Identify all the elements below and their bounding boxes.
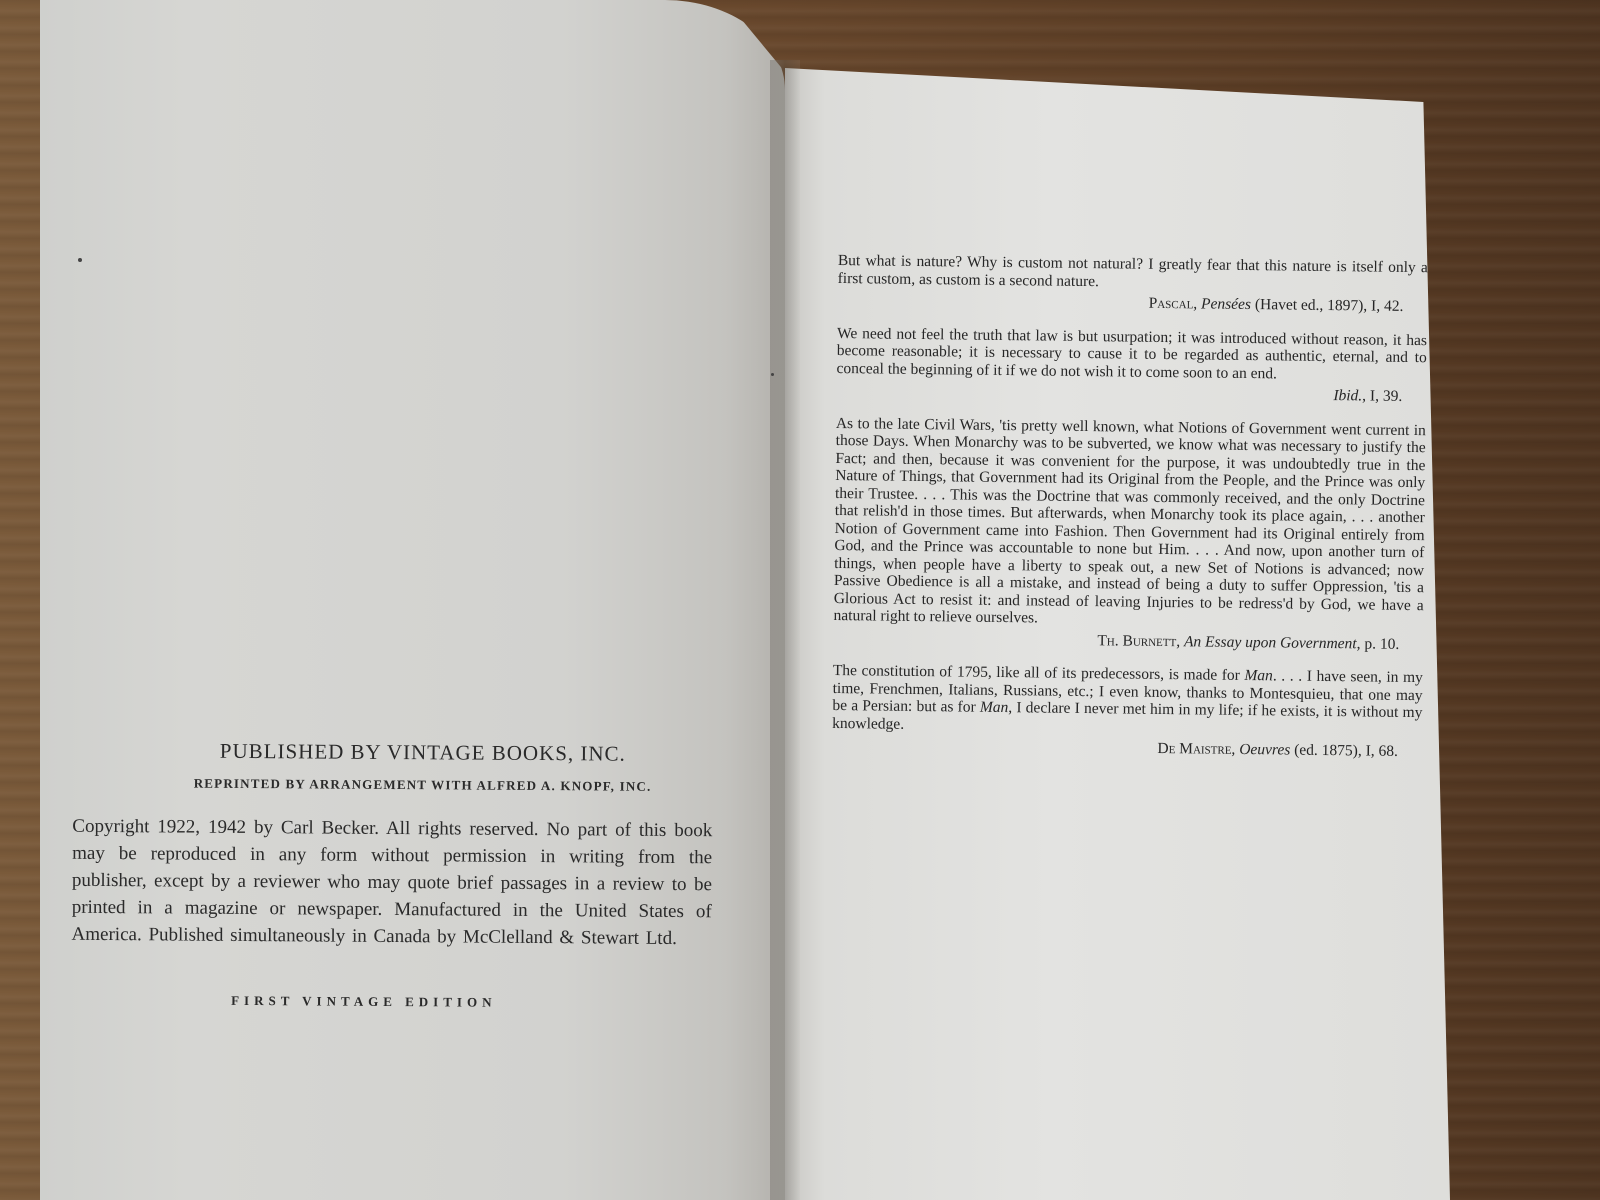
citation-author: De Maistre, xyxy=(1157,740,1235,758)
epigraph-citation: Th. Burnett, An Essay upon Government, p… xyxy=(833,628,1399,652)
left-page xyxy=(40,0,785,1200)
epigraph-quote: As to the late Civil Wars, 'tis pretty w… xyxy=(833,414,1426,631)
citation-ref: , I, 39. xyxy=(1362,387,1402,404)
citation-work: Pensées xyxy=(1201,295,1251,313)
epigraph-citation: Ibid., I, 39. xyxy=(836,381,1402,405)
epigraph-citation: Pascal, Pensées (Havet ed., 1897), I, 42… xyxy=(837,291,1403,315)
citation-author: Pascal, xyxy=(1149,295,1198,313)
epigraph-quote: But what is nature? Why is custom not na… xyxy=(838,252,1428,294)
book-gutter xyxy=(770,60,800,1200)
quote-emphasis: Man xyxy=(1244,667,1273,684)
citation-ref: , p. 10. xyxy=(1357,635,1400,653)
copyright-notice: Copyright 1922, 1942 by Carl Becker. All… xyxy=(71,813,712,952)
edition-line: FIRST VINTAGE EDITION xyxy=(231,993,711,1012)
epigraph-quote: The constitution of 1795, like all of it… xyxy=(832,662,1423,739)
paper-speck xyxy=(78,258,82,262)
copyright-page: PUBLISHED BY VINTAGE BOOKS, INC. REPRINT… xyxy=(71,738,713,1012)
reprint-line: REPRINTED BY ARRANGEMENT WITH ALFRED A. … xyxy=(133,775,713,795)
epigraph-page: But what is nature? Why is custom not na… xyxy=(832,252,1428,777)
citation-ref: (ed. 1875), I, 68. xyxy=(1294,742,1398,760)
paper-speck xyxy=(771,373,774,376)
citation-work: An Essay upon Government xyxy=(1184,633,1357,652)
citation-work: Ibid. xyxy=(1333,387,1362,404)
publisher-line: PUBLISHED BY VINTAGE BOOKS, INC. xyxy=(133,738,713,767)
epigraph-citation: De Maistre, Oeuvres (ed. 1875), I, 68. xyxy=(832,736,1398,760)
quote-emphasis: Man xyxy=(980,699,1009,716)
epigraph-quote: We need not feel the truth that law is b… xyxy=(836,324,1427,384)
citation-ref: (Havet ed., 1897), I, 42. xyxy=(1255,296,1404,315)
citation-author: Th. Burnett, xyxy=(1097,632,1180,650)
citation-work: Oeuvres xyxy=(1239,741,1290,759)
